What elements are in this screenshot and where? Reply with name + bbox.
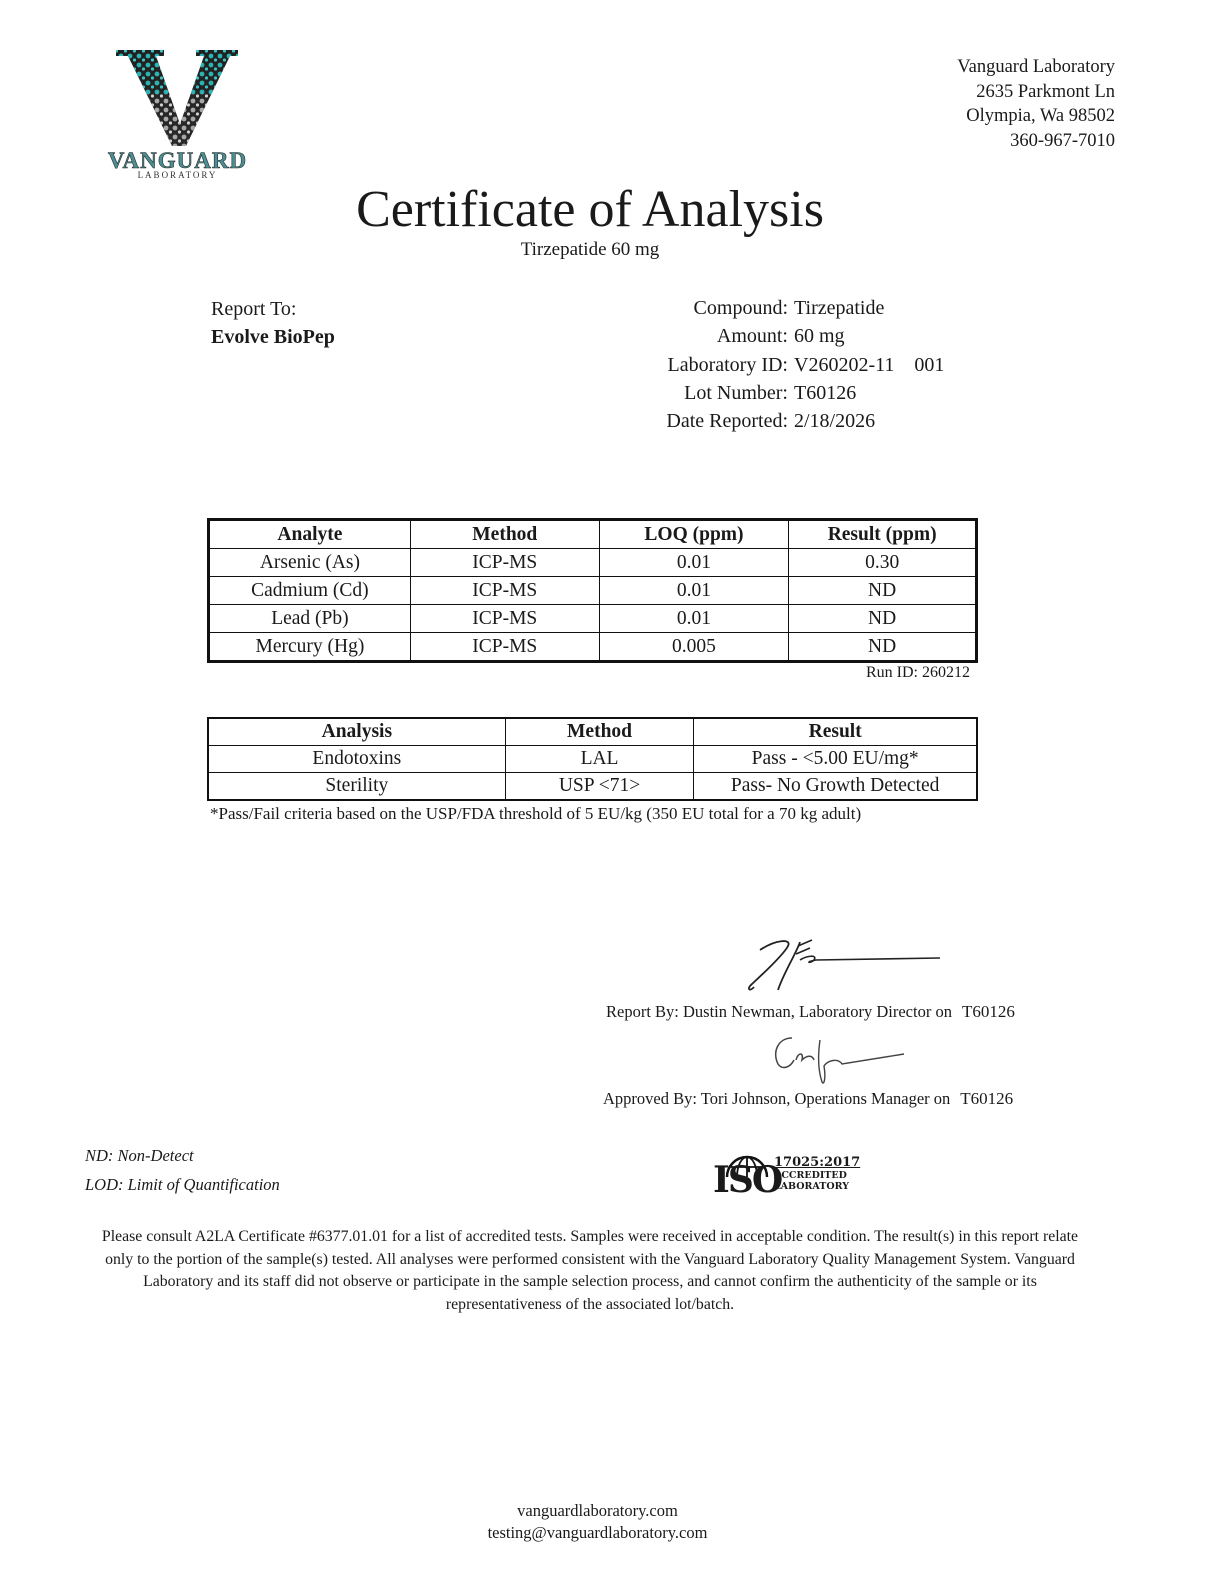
lab-phone: 360-967-7010 <box>957 129 1115 154</box>
sample-info-extra: 001 <box>914 351 944 379</box>
table-cell: Lead (Pb) <box>209 605 411 633</box>
client-name: Evolve BioPep <box>211 323 335 351</box>
analysis-table: AnalysisMethodResult EndotoxinsLALPass -… <box>207 717 978 801</box>
iso-mark: ISO <box>713 1160 781 1200</box>
column-header: Result (ppm) <box>789 520 977 549</box>
iso-laboratory: LABORATORY <box>774 1181 860 1192</box>
disclaimer-text: Please consult A2LA Certificate #6377.01… <box>90 1226 1090 1317</box>
website-link[interactable]: vanguardlaboratory.com <box>0 1500 1195 1522</box>
sample-info-label: Lot Number: <box>600 379 794 407</box>
report-to-block: Report To: Evolve BioPep <box>211 295 335 351</box>
vanguard-logo: VANGUARD LABORATORY <box>100 44 255 184</box>
report-by-line: Report By: Dustin Newman, Laboratory Dir… <box>606 1002 1015 1022</box>
sample-info-block: Compound:TirzepatideAmount:60 mgLaborato… <box>600 294 944 435</box>
abbreviation-legend: ND: Non-Detect LOD: Limit of Quantificat… <box>85 1141 280 1199</box>
sample-info-value: T60126 <box>794 379 856 407</box>
iso-standard: 17025:2017 <box>774 1157 860 1168</box>
table-cell: ICP-MS <box>410 577 599 605</box>
footer-contact: vanguardlaboratory.com testing@vanguardl… <box>0 1500 1195 1544</box>
table-cell: ICP-MS <box>410 633 599 662</box>
run-id: Run ID: 260212 <box>866 664 970 682</box>
table-cell: ND <box>789 605 977 633</box>
sample-info-value: V260202-11 <box>794 351 894 379</box>
table-cell: Arsenic (As) <box>209 549 411 577</box>
table-cell: 0.01 <box>599 605 789 633</box>
sample-info-label: Amount: <box>600 322 794 350</box>
table-cell: Cadmium (Cd) <box>209 577 411 605</box>
table-cell: USP <71> <box>505 773 694 801</box>
sample-info-row: Date Reported:2/18/2026 <box>600 407 944 435</box>
lab-name: Vanguard Laboratory <box>957 55 1115 80</box>
table-cell: Endotoxins <box>208 746 505 773</box>
logo-v-mark-icon <box>100 44 255 149</box>
iso-details: 17025:2017 ACCREDITED LABORATORY <box>774 1157 860 1192</box>
approved-by-on: T60126 <box>960 1089 1013 1108</box>
table-cell: Pass - <5.00 EU/mg* <box>694 746 977 773</box>
legend-nd: ND: Non-Detect <box>85 1141 280 1170</box>
table-cell: 0.30 <box>789 549 977 577</box>
table-cell: 0.01 <box>599 577 789 605</box>
table-cell: 0.005 <box>599 633 789 662</box>
sample-info-row: Laboratory ID:V260202-11001 <box>600 351 944 379</box>
report-to-label: Report To: <box>211 295 335 323</box>
sample-info-row: Lot Number:T60126 <box>600 379 944 407</box>
table-cell: Sterility <box>208 773 505 801</box>
sample-info-label: Compound: <box>600 294 794 322</box>
lab-city: Olympia, Wa 98502 <box>957 104 1115 129</box>
email-link[interactable]: testing@vanguardlaboratory.com <box>0 1522 1195 1544</box>
column-header: Method <box>410 520 599 549</box>
table-cell: 0.01 <box>599 549 789 577</box>
table-cell: ICP-MS <box>410 549 599 577</box>
table-cell: ND <box>789 633 977 662</box>
table-row: Cadmium (Cd)ICP-MS0.01ND <box>209 577 977 605</box>
iso-accreditation-badge: ISO 17025:2017 ACCREDITED LABORATORY <box>713 1155 863 1201</box>
approved-by-text: Approved By: Tori Johnson, Operations Ma… <box>603 1089 950 1108</box>
legend-lod: LOD: Limit of Quantification <box>85 1170 280 1199</box>
column-header: Analyte <box>209 520 411 549</box>
sample-info-label: Laboratory ID: <box>600 351 794 379</box>
column-header: Method <box>505 718 694 746</box>
report-by-on: T60126 <box>962 1002 1015 1021</box>
table-cell: LAL <box>505 746 694 773</box>
sample-info-label: Date Reported: <box>600 407 794 435</box>
report-by-text: Report By: Dustin Newman, Laboratory Dir… <box>606 1002 952 1021</box>
table-cell: Mercury (Hg) <box>209 633 411 662</box>
table-cell: ND <box>789 577 977 605</box>
sample-info-value: Tirzepatide <box>794 294 884 322</box>
pass-fail-footnote: *Pass/Fail criteria based on the USP/FDA… <box>210 804 861 824</box>
iso-accredited: ACCREDITED <box>774 1170 860 1181</box>
table-row: EndotoxinsLALPass - <5.00 EU/mg* <box>208 746 977 773</box>
sample-info-value: 60 mg <box>794 322 845 350</box>
document-title: Certificate of Analysis <box>0 178 1180 242</box>
signature-tori-johnson-icon <box>768 1030 908 1095</box>
heavy-metals-table: AnalyteMethodLOQ (ppm)Result (ppm) Arsen… <box>207 518 978 663</box>
lab-address: Vanguard Laboratory 2635 Parkmont Ln Oly… <box>957 55 1115 153</box>
sample-info-row: Compound:Tirzepatide <box>600 294 944 322</box>
lab-street: 2635 Parkmont Ln <box>957 80 1115 105</box>
sample-info-value: 2/18/2026 <box>794 407 875 435</box>
table-cell: Pass- No Growth Detected <box>694 773 977 801</box>
column-header: LOQ (ppm) <box>599 520 789 549</box>
table-row: Mercury (Hg)ICP-MS0.005ND <box>209 633 977 662</box>
table-row: Lead (Pb)ICP-MS0.01ND <box>209 605 977 633</box>
table-cell: ICP-MS <box>410 605 599 633</box>
table-header-row: AnalysisMethodResult <box>208 718 977 746</box>
column-header: Analysis <box>208 718 505 746</box>
document-subtitle: Tirzepatide 60 mg <box>0 239 1180 261</box>
column-header: Result <box>694 718 977 746</box>
table-row: SterilityUSP <71>Pass- No Growth Detecte… <box>208 773 977 801</box>
table-row: Arsenic (As)ICP-MS0.010.30 <box>209 549 977 577</box>
sample-info-row: Amount:60 mg <box>600 322 944 350</box>
signature-dustin-newman-icon <box>740 932 945 999</box>
approved-by-line: Approved By: Tori Johnson, Operations Ma… <box>603 1089 1013 1109</box>
table-header-row: AnalyteMethodLOQ (ppm)Result (ppm) <box>209 520 977 549</box>
